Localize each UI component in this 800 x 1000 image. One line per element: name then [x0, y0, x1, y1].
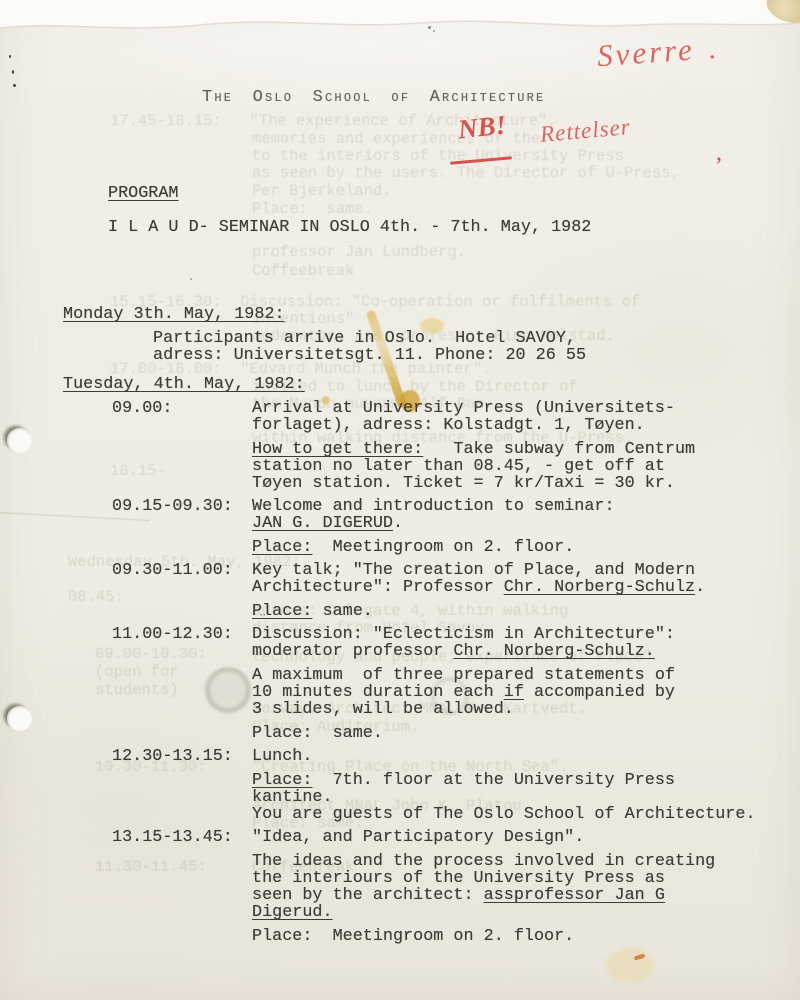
schedule-paragraph: A maximum of three prepared statements o… [252, 667, 772, 718]
text-segment: same. [312, 602, 372, 621]
schedule-paragraph: The ideas and the process involved in cr… [252, 853, 772, 921]
schedule-paragraph: Place: Meetingroom on 2. floor. [252, 539, 772, 556]
punch-hole [7, 428, 32, 453]
text-line: forlaget), adress: Kolstadgt. 1, Tøyen. [252, 417, 772, 434]
schedule-item: 09.30-11.00:Key talk; "The creation of P… [112, 562, 772, 620]
underlined-text: Place: [252, 538, 312, 557]
text-line: Tøyen station. Ticket = 7 kr/Taxi = 30 k… [252, 475, 772, 492]
text-line: Lunch. [252, 748, 772, 765]
schedule-paragraph: Place: 7th. floor at the University Pres… [252, 772, 772, 823]
schedule-description: Arrival at University Press (Universitet… [252, 400, 772, 492]
text-line: Place: same. [252, 725, 772, 742]
text-segment: . [695, 578, 705, 597]
underlined-text: Digerud. [252, 903, 333, 922]
text-line: seen by the architect: assprofessor Jan … [252, 887, 772, 904]
text-line: How to get there: Take subway from Centr… [252, 441, 772, 458]
text-line: Arrival at University Press (Universitet… [252, 400, 772, 417]
schedule-paragraph: Place: Meetingroom on 2. floor. [252, 928, 772, 945]
schedule-time: 13.15-13.45: [112, 829, 252, 945]
schedule-time: 09.15-09.30: [112, 498, 252, 556]
text-segment: Place: same. [252, 724, 383, 743]
text-line: Architecture": Professor Chr. Norberg-Sc… [252, 579, 772, 596]
punch-hole [7, 706, 32, 731]
text-segment: Architecture": Professor [252, 578, 504, 597]
schedule-description: Discussion: "Eclecticism in Architecture… [252, 626, 772, 742]
seminar-title-line: I L A U D- SEMINAR IN OSLO 4th. - 7th. M… [108, 219, 591, 236]
schedule-paragraph: Arrival at University Press (Universitet… [252, 400, 772, 434]
monday-line-2: adress: Universitetsgt. 11. Phone: 20 26… [153, 347, 586, 364]
text-segment: Meetingroom on 2. floor. [312, 538, 574, 557]
text-line: Place: Meetingroom on 2. floor. [252, 539, 772, 556]
schedule-paragraph: Lunch. [252, 748, 772, 765]
tuesday-schedule: 09.00:Arrival at University Press (Unive… [112, 400, 772, 945]
schedule-item: 09.00:Arrival at University Press (Unive… [112, 400, 772, 492]
text-line: 10 minutes duration each if accompanied … [252, 684, 772, 701]
schedule-paragraph: Welcome and introduction to seminar:JAN … [252, 498, 772, 532]
text-segment: moderator professor [252, 642, 453, 661]
text-line: Place: Meetingroom on 2. floor. [252, 928, 772, 945]
schedule-time: 09.30-11.00: [112, 562, 252, 620]
monday-line-1: Participants arrive in Oslo. Hotel SAVOY… [153, 330, 576, 347]
schedule-paragraph: Place: same. [252, 725, 772, 742]
schedule-description: Welcome and introduction to seminar:JAN … [252, 498, 772, 556]
text-line: The ideas and the process involved in cr… [252, 853, 772, 870]
bleedthrough-line: Per Bjerkeland. [252, 182, 392, 200]
monday-heading: Monday 3th. May, 1982: [63, 306, 285, 323]
text-segment: . [393, 514, 403, 533]
text-line: You are guests of The Oslo School of Arc… [252, 806, 772, 823]
schedule-paragraph: Place: same. [252, 603, 772, 620]
ink-speck [428, 26, 431, 29]
underlined-text: assprofessor Jan G [484, 886, 665, 905]
ink-speck [12, 70, 14, 74]
underlined-text: JAN G. DIGERUD [252, 514, 393, 533]
text-line: station no later than 08.45, - get off a… [252, 458, 772, 475]
schedule-time: 11.00-12.30: [112, 626, 252, 742]
schedule-time: 09.00: [112, 400, 252, 492]
underlined-text: Place: [252, 602, 312, 621]
handwritten-period: . [708, 32, 721, 66]
schedule-description: Key talk; "The creation of Place, and Mo… [252, 562, 772, 620]
schedule-paragraph: Discussion: "Eclecticism in Architecture… [252, 626, 772, 660]
text-line: moderator professor Chr. Norberg-Schulz. [252, 643, 772, 660]
text-segment: 3 slides, will be allowed. [252, 700, 514, 719]
tuesday-heading: Tuesday, 4th. May, 1982: [63, 376, 305, 393]
schedule-description: Lunch.Place: 7th. floor at the Universit… [252, 748, 772, 823]
handwritten-name-annotation: Sverre. [596, 30, 720, 74]
schedule-paragraph: How to get there: Take subway from Centr… [252, 441, 772, 492]
ink-speck [13, 84, 16, 87]
document-title: The Oslo School of Architecture [202, 88, 545, 107]
schedule-item: 09.15-09.30:Welcome and introduction to … [112, 498, 772, 556]
schedule-item: 12.30-13.15:Lunch.Place: 7th. floor at t… [112, 748, 772, 823]
ink-speck [190, 278, 192, 280]
text-line: the interiours of the University Press a… [252, 870, 772, 887]
bleedthrough-line: Coffeebreak [252, 262, 354, 280]
text-segment: Tøyen station. Ticket = 7 kr/Taxi = 30 k… [252, 474, 675, 493]
bleedthrough-line: as seen by the users. The Director of U-… [252, 164, 680, 182]
text-segment: "Idea, and Participatory Design". [252, 828, 584, 847]
program-heading: PROGRAM [108, 185, 179, 202]
bleedthrough-line: professor Jan Lundberg. [252, 243, 466, 261]
text-line: Discussion: "Eclecticism in Architecture… [252, 626, 772, 643]
schedule-paragraph: Key talk; "The creation of Place, and Mo… [252, 562, 772, 596]
bleedthrough-line: to the interiors of the University Press [252, 147, 624, 165]
text-line: Place: 7th. floor at the University Pres… [252, 772, 772, 789]
scanned-document-page: 17.45-18.15: "The experience of Architec… [0, 0, 800, 1000]
text-line: Digerud. [252, 904, 772, 921]
text-line: Place: same. [252, 603, 772, 620]
underlined-text: Chr. Norberg-Schulz. [453, 642, 654, 661]
schedule-time: 12.30-13.15: [112, 748, 252, 823]
text-segment: You are guests of The Oslo School of Arc… [252, 805, 756, 824]
bottom-stain [606, 948, 654, 982]
text-line: kantine. [252, 789, 772, 806]
ink-speck [433, 30, 435, 32]
schedule-item: 13.15-13.45:"Idea, and Participatory Des… [112, 829, 772, 945]
text-line: "Idea, and Participatory Design". [252, 829, 772, 846]
text-segment: Place: Meetingroom on 2. floor. [252, 927, 574, 946]
text-segment: 7th. floor at the University Press [312, 771, 675, 790]
handwritten-nb: NB! [457, 110, 508, 146]
schedule-paragraph: "Idea, and Participatory Design". [252, 829, 772, 846]
text-segment: accompanied by [524, 683, 675, 702]
text-line: 3 slides, will be allowed. [252, 701, 772, 718]
underlined-text: Chr. Norberg-Schulz [504, 578, 695, 597]
text-segment: forlaget), adress: Kolstadgt. 1, Tøyen. [252, 416, 645, 435]
text-line: JAN G. DIGERUD. [252, 515, 772, 532]
text-segment: Lunch. [252, 747, 312, 766]
text-line: Welcome and introduction to seminar: [252, 498, 772, 515]
bleedthrough-line: Place: same. [252, 200, 373, 218]
schedule-description: "Idea, and Participatory Design".The ide… [252, 829, 772, 945]
ink-speck [9, 55, 11, 58]
text-line: Key talk; "The creation of Place, and Mo… [252, 562, 772, 579]
text-line: A maximum of three prepared statements o… [252, 667, 772, 684]
handwritten-name: Sverre [596, 31, 696, 73]
schedule-item: 11.00-12.30:Discussion: "Eclecticism in … [112, 626, 772, 742]
handwritten-comma: , [716, 140, 722, 167]
